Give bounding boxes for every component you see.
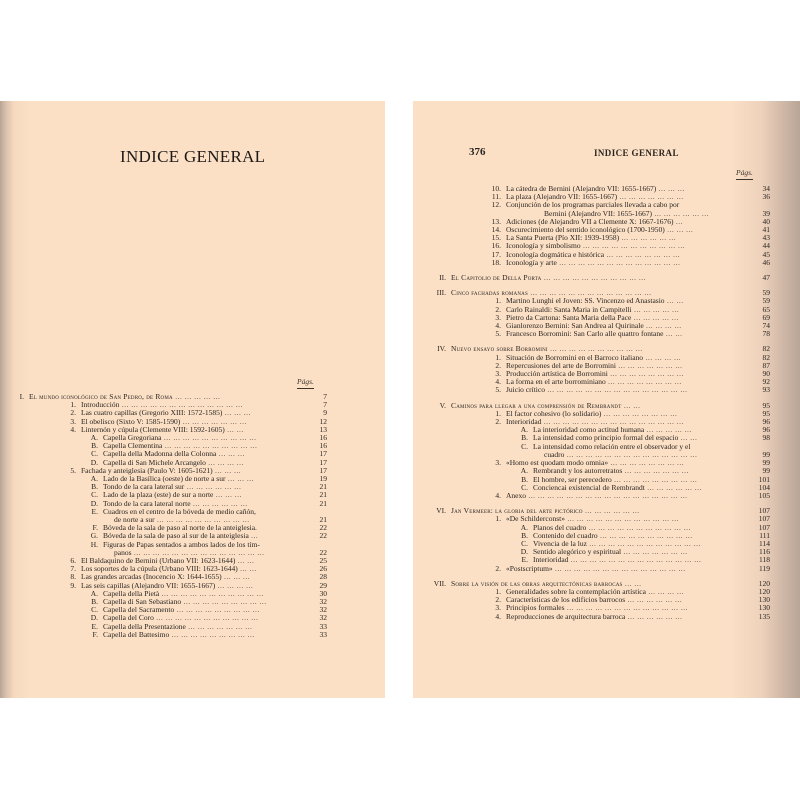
toc-entry: 5.Juicio crítico ... ... ... ... ... ...…: [460, 386, 760, 394]
entry-title: Juicio crítico: [506, 385, 545, 394]
entry-number: C.: [518, 443, 528, 451]
entry-number: 4.: [488, 613, 501, 621]
entry-number: 5.: [488, 330, 501, 338]
entry-number: 2.: [488, 565, 501, 573]
dot-leader: ... ... ... ... ... ... ... ... ... ... …: [553, 564, 686, 573]
entry-number: III.: [430, 289, 446, 297]
entry-title: Anexo: [506, 491, 526, 500]
toc-entry: F.Capella del Battesimo ... ... ... ... …: [14, 631, 327, 639]
toc-chapter: II.El Capitolio de Della Porta ... ... .…: [430, 274, 760, 282]
entry-title: Capella del Battesimo: [103, 630, 169, 639]
dot-leader: ... ... ... ... ... ... ... ... ... ... …: [526, 491, 688, 500]
table-of-contents: I.El mundo iconológico de San Pedro, de …: [14, 393, 327, 639]
dot-leader: ... ... ... ... ... ... ... ... ... ... …: [541, 273, 646, 282]
entry-number: I.: [14, 393, 24, 401]
entry-title: «Postscriptum»: [506, 564, 553, 573]
entry-number: IV.: [430, 345, 446, 353]
entry-number: H.: [88, 541, 98, 549]
toc-entry: 2.«Postscriptum» ... ... ... ... ... ...…: [460, 565, 760, 573]
entry-number: VI.: [430, 507, 446, 515]
toc-entry: 4.Reproducciones de arquitectura barroca…: [460, 613, 760, 621]
entry-number: 12.: [488, 201, 501, 209]
dot-leader: ... ... ... ... ... ...: [625, 612, 682, 621]
entry-number: 18.: [488, 259, 501, 267]
entry-number: E.: [88, 508, 98, 516]
entry-title: Rembrandt y los autorretratos: [533, 466, 622, 475]
page-ref: 22: [320, 532, 328, 540]
entry-title: Principios formales: [506, 603, 565, 612]
table-of-contents: 10.La cátedra de Bernini (Alejandro VII:…: [460, 185, 760, 621]
page-ref: 21: [320, 500, 328, 508]
page-ref: 93: [763, 386, 771, 394]
entry-number: 5.: [488, 386, 501, 394]
entry-title: El Capitolio de Della Porta: [451, 273, 541, 282]
entry-title: Iconología y arte: [506, 258, 557, 267]
dot-leader: ... ... ... ... ... ... ... ... ... ... …: [557, 258, 681, 267]
toc-entry: 5.Francesco Borromini: San Carlo alle qu…: [460, 330, 760, 338]
page-ref: 135: [759, 613, 770, 621]
page-title: INDICE GENERAL: [120, 147, 265, 167]
dot-leader: ... ... ... ... ... ... ... ... ... ... …: [545, 385, 688, 394]
dot-leader: ... ...: [663, 329, 682, 338]
entry-number: VII.: [430, 580, 446, 588]
page-ref: 119: [759, 565, 770, 573]
left-page: INDICE GENERAL Págs. I.El mundo iconológ…: [0, 101, 385, 698]
dot-leader: ... ... ... ... ... ... ... ... ...: [169, 630, 255, 639]
entry-number: II.: [430, 274, 446, 282]
entry-number: 4.: [488, 492, 501, 500]
entry-title: «De Schilderconst»: [506, 514, 565, 523]
toc-entry: 18.Iconología y arte ... ... ... ... ...…: [460, 259, 760, 267]
page-ref: 105: [759, 492, 770, 500]
running-title: INDICE GENERAL: [594, 148, 679, 158]
entry-number: 4.: [66, 426, 76, 434]
entry-number: 2.: [488, 418, 501, 426]
pags-header: Págs.: [297, 377, 314, 389]
right-page: 376 INDICE GENERAL Págs. 10.La cátedra d…: [413, 101, 800, 698]
page-ref: 98: [763, 434, 771, 442]
entry-number: F.: [88, 631, 98, 639]
page-ref: 78: [763, 330, 771, 338]
entry-title: Reproducciones de arquitectura barroca: [506, 612, 625, 621]
page-ref: 33: [320, 631, 328, 639]
page-ref: 36: [763, 193, 771, 201]
entry-number: 1.: [488, 515, 501, 523]
page-ref: 46: [763, 259, 771, 267]
entry-number: 5.: [66, 467, 76, 475]
entry-title: Francesco Borromini: San Carlo alle quat…: [506, 329, 663, 338]
entry-number: 3.: [488, 459, 501, 467]
pags-header: Págs.: [736, 168, 753, 180]
page-ref: 47: [763, 274, 771, 282]
toc-entry: 4.Anexo ... ... ... ... ... ... ... ... …: [460, 492, 760, 500]
entry-number: V.: [430, 402, 446, 410]
page-number: 376: [469, 146, 486, 158]
entry-number: 9.: [66, 582, 76, 590]
